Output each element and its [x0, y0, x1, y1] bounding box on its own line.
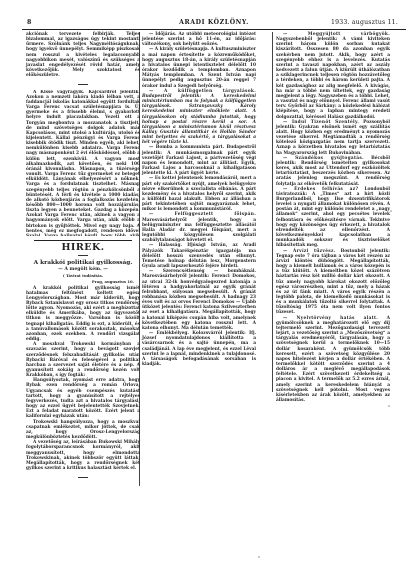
article-paragraph: A moszkvai Trokowski kormányban a szavaz…	[26, 342, 140, 378]
article-byline: ( Távirat tudósítás.	[26, 273, 140, 278]
article-paragraph: — Felfüggesztett főispán. Marosvásárhely…	[142, 212, 256, 243]
article-body: Marosvásárhelyről jelentik, hogy a belüg…	[142, 218, 256, 244]
article-paragraph: — Szándékos gyújtogatás. Bécsből jelenti…	[276, 156, 390, 187]
article-body: Nagyszebenből jelentik: A vámi kiviteken…	[276, 37, 390, 119]
paper-speck	[390, 210, 392, 212]
section-rule	[34, 240, 132, 241]
article-paragraph: — Meggyújtott várbögyök. Nagyszebenből j…	[276, 32, 390, 120]
article-paragraph: — Halasság. Ifjúsági István, az Aradi Pá…	[142, 243, 256, 269]
page-header: 8 ARADI KÖZLÖNY. 1933. augusztus 11.	[22, 19, 406, 29]
column-middle: — Időjárás. Az utóbbi meteorológiai inté…	[142, 32, 256, 367]
issue-date: 1933. augusztus 11.	[331, 19, 398, 26]
paper-speck	[388, 405, 390, 407]
article-paragraph: — Árvízi tűzvész. Bostonból jelentik: Te…	[276, 249, 390, 316]
column-divider	[272, 32, 273, 392]
article-body: Pozsonyból jelentik: Gyakran elsőnek ism…	[276, 120, 390, 156]
article-paragraph: — Szerencsétlenség — bombáknál. Marosvás…	[142, 269, 256, 331]
article-body: Londonból táviratozzák: A „Times“ azt a …	[276, 187, 390, 249]
separator	[26, 253, 140, 258]
article-body: Budapestről jelentik: A kereskedelmi min…	[142, 94, 256, 145]
article-paragraph: akciónak tervezete felbirják. Teljes biz…	[26, 32, 140, 78]
article-paragraph: — Bomba a kommunista párt. Budapestről j…	[142, 145, 256, 176]
header-rule	[22, 29, 406, 30]
article-body: Bécsből jelentik: Rendőrség ismételten g…	[276, 156, 390, 187]
article-paragraph: — Emlékbélyeg. Kolozsvárról jelentik: If…	[142, 331, 256, 367]
article-paragraph: — A külfüggetlen tárgyalások. Budapestrő…	[142, 89, 256, 146]
article-dateline: Prag, augusztus 10.	[26, 279, 140, 284]
paper-speck	[258, 556, 260, 558]
article-body: Bostonból jelentik: Tegnap este 7 óra tá…	[276, 249, 390, 316]
article-paragraph: Trokowski hangsúlyozza, hogy a moszkvai …	[26, 420, 140, 441]
article-paragraph: — Indul Tizenöt Szentély. Pozsonyból jel…	[276, 120, 390, 156]
column-right: — Meggyújtott várbögyök. Nagyszebenből j…	[276, 32, 390, 403]
separator	[26, 81, 140, 86]
article-paragraph: — Nyelvtörvény hatás alatt. A gyümölcsök…	[276, 316, 390, 404]
column-left: akciónak tervezete felbirják. Teljes biz…	[26, 32, 140, 482]
article-paragraph: — Es kettei jelentenek lemondásáról, mer…	[142, 176, 256, 212]
article-paragraph: A vezetőség az, leírásában Bukowski Mihá…	[26, 440, 140, 471]
article-headline: A krakkói politikai gyilkosság.	[26, 261, 140, 266]
section-title: HIREK.	[26, 245, 140, 250]
article-paragraph: — Érdekes felhívás az? Londonból távirat…	[276, 187, 390, 249]
separator	[26, 474, 140, 479]
article-body: A gyümölcsöknek a meghatározott elő egy …	[276, 316, 390, 404]
article-paragraph: A Kissé vágyragyik. Kajcsárdról jelentik…	[26, 90, 140, 236]
article-paragraph: — A király születésnapja. A kultuszminis…	[142, 47, 256, 88]
article-paragraph: — Időjárás. Az utóbbi meteorológiai inté…	[142, 32, 256, 47]
article-subheadline: — A megölt kém. —	[26, 267, 140, 272]
article-paragraph: A krakkói politikai gyilkosság ismét hat…	[26, 286, 140, 343]
article-paragraph: Hangsúlyoztak, nyomást erre adatra, hogy…	[26, 378, 140, 419]
